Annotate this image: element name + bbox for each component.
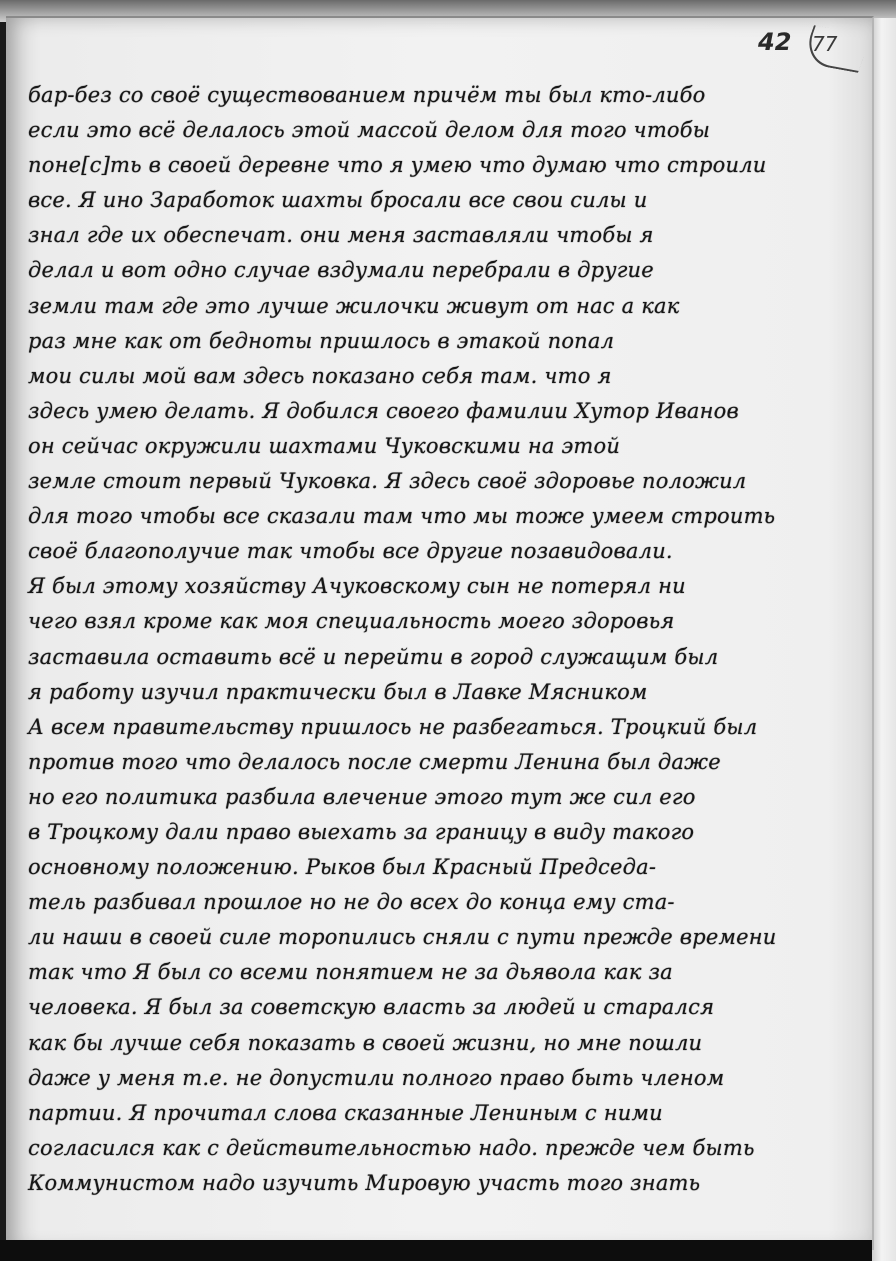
text-line: в Троцкому дали право выехать за границу… bbox=[28, 815, 858, 850]
scan-bottom-edge bbox=[0, 1240, 872, 1261]
text-line: бар-без со своё существованием причём ты… bbox=[28, 78, 858, 113]
text-line: согласился как с действительностью надо.… bbox=[28, 1131, 858, 1166]
text-line: так что Я был со всеми понятием не за дь… bbox=[28, 955, 858, 990]
text-line: поне[с]ть в своей деревне что я умею что… bbox=[28, 148, 858, 183]
text-line: своё благополучие так чтобы все другие п… bbox=[28, 534, 858, 569]
text-line: земли там где это лучше жилочки живут от… bbox=[28, 289, 858, 324]
text-line: делал и вот одно случае вздумали перебра… bbox=[28, 253, 858, 288]
text-line: как бы лучше себя показать в своей жизни… bbox=[28, 1026, 858, 1061]
handwritten-text: бар-без со своё существованием причём ты… bbox=[28, 78, 858, 1201]
page-number: 42 bbox=[758, 28, 791, 56]
text-line: он сейчас окружили шахтами Чуковскими на… bbox=[28, 429, 858, 464]
text-line: здесь умею делать. Я добился своего фами… bbox=[28, 394, 858, 429]
text-line: но его политика разбила влечение этого т… bbox=[28, 780, 858, 815]
text-line: я работу изучил практически был в Лавке … bbox=[28, 675, 858, 710]
text-line: Коммунистом надо изучить Мировую участь … bbox=[28, 1166, 858, 1201]
text-line: основному положению. Рыков был Красный П… bbox=[28, 850, 858, 885]
text-line: все. Я ино Заработок шахты бросали все с… bbox=[28, 183, 858, 218]
text-line: ли наши в своей силе торопились сняли с … bbox=[28, 920, 858, 955]
scan-right-edge bbox=[872, 18, 896, 1261]
text-line: мои силы мой вам здесь показано себя там… bbox=[28, 359, 858, 394]
archive-mark: 77 bbox=[812, 32, 837, 56]
text-line: чего взял кроме как моя специальность мо… bbox=[28, 604, 858, 639]
text-line: даже у меня т.е. не допустили полного пр… bbox=[28, 1061, 858, 1096]
text-line: для того чтобы все сказали там что мы то… bbox=[28, 499, 858, 534]
text-line: раз мне как от бедноты пришлось в этакой… bbox=[28, 324, 858, 359]
text-line: заставила оставить всё и перейти в город… bbox=[28, 640, 858, 675]
text-line: тель разбивал прошлое но не до всех до к… bbox=[28, 885, 858, 920]
text-line: против того что делалось после смерти Ле… bbox=[28, 745, 858, 780]
text-line: человека. Я был за советскую власть за л… bbox=[28, 990, 858, 1025]
text-line: Я был этому хозяйству Ачуковскому сын не… bbox=[28, 569, 858, 604]
text-line: А всем правительству пришлось не разбега… bbox=[28, 710, 858, 745]
text-line: если это всё делалось этой массой делом … bbox=[28, 113, 858, 148]
text-line: знал где их обеспечат. они меня заставля… bbox=[28, 218, 858, 253]
text-line: земле стоит первый Чуковка. Я здесь своё… bbox=[28, 464, 858, 499]
text-line: партии. Я прочитал слова сказанные Ленин… bbox=[28, 1096, 858, 1131]
